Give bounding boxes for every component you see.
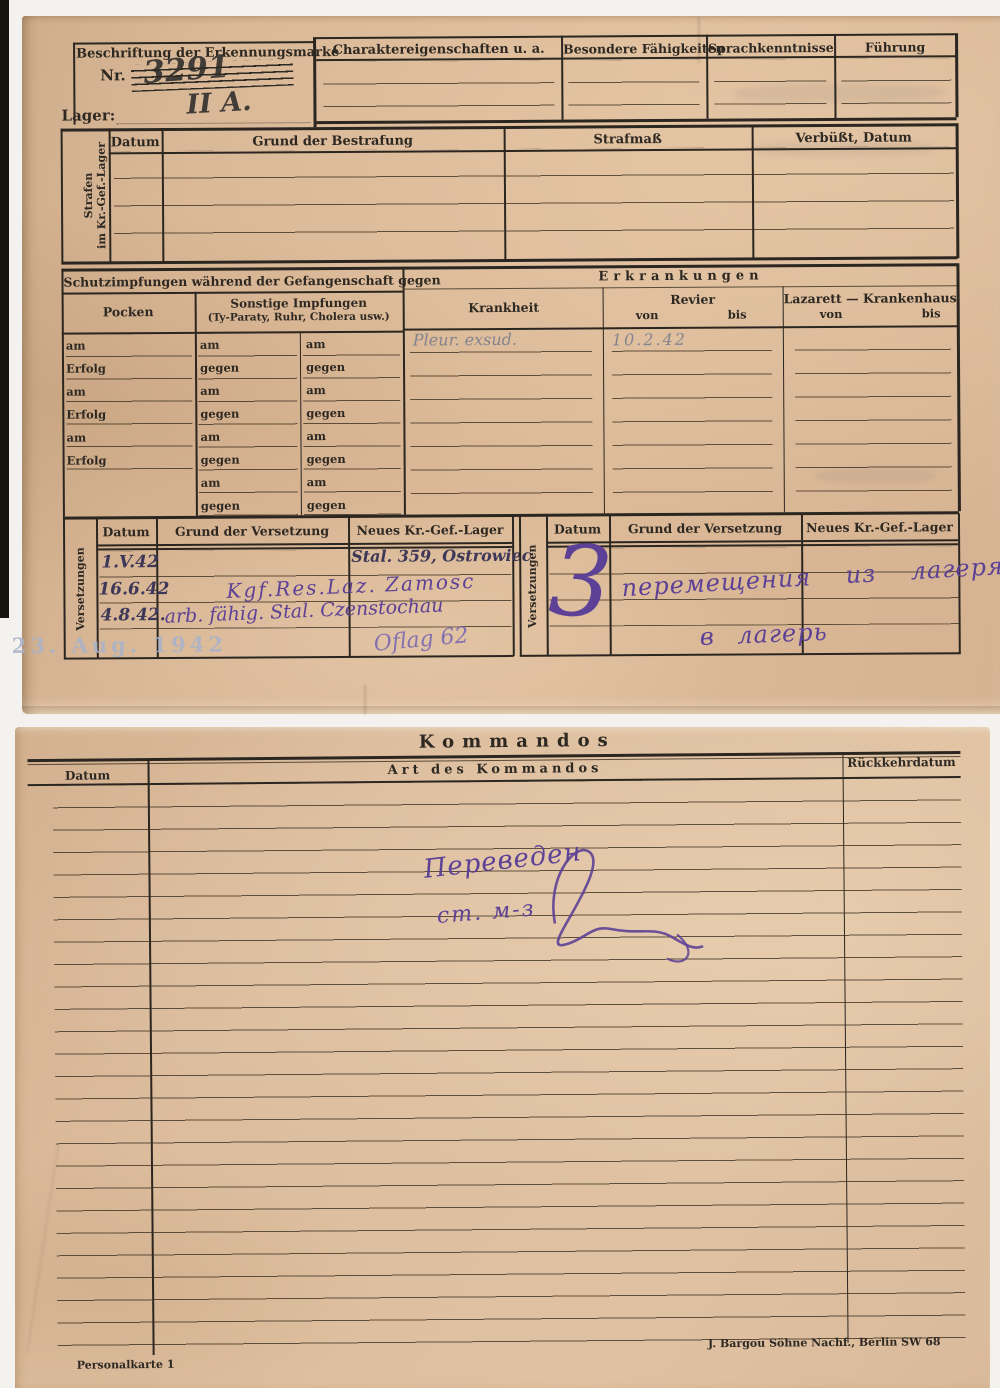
kommandos-col-datum: Datum (28, 768, 148, 783)
scanned-pow-personalkarte: Beschriftung der Erkennungsmarke Nr. 329… (0, 0, 1000, 1388)
signature-scrawl (526, 836, 717, 968)
paper-crease (26, 1145, 59, 1353)
card-name-footer: Personalkarte 1 (77, 1358, 175, 1372)
printer-imprint: J. Bargou Söhne Nachf., Berlin SW 68 (703, 1335, 941, 1350)
kommandos-col-rueckkehrdatum: Rückkehrdatum (842, 755, 960, 770)
lower-card-content: Kommandos Datum Art des Kommandos Rückke… (0, 0, 1000, 1388)
kommandos-title: Kommandos (297, 729, 737, 754)
